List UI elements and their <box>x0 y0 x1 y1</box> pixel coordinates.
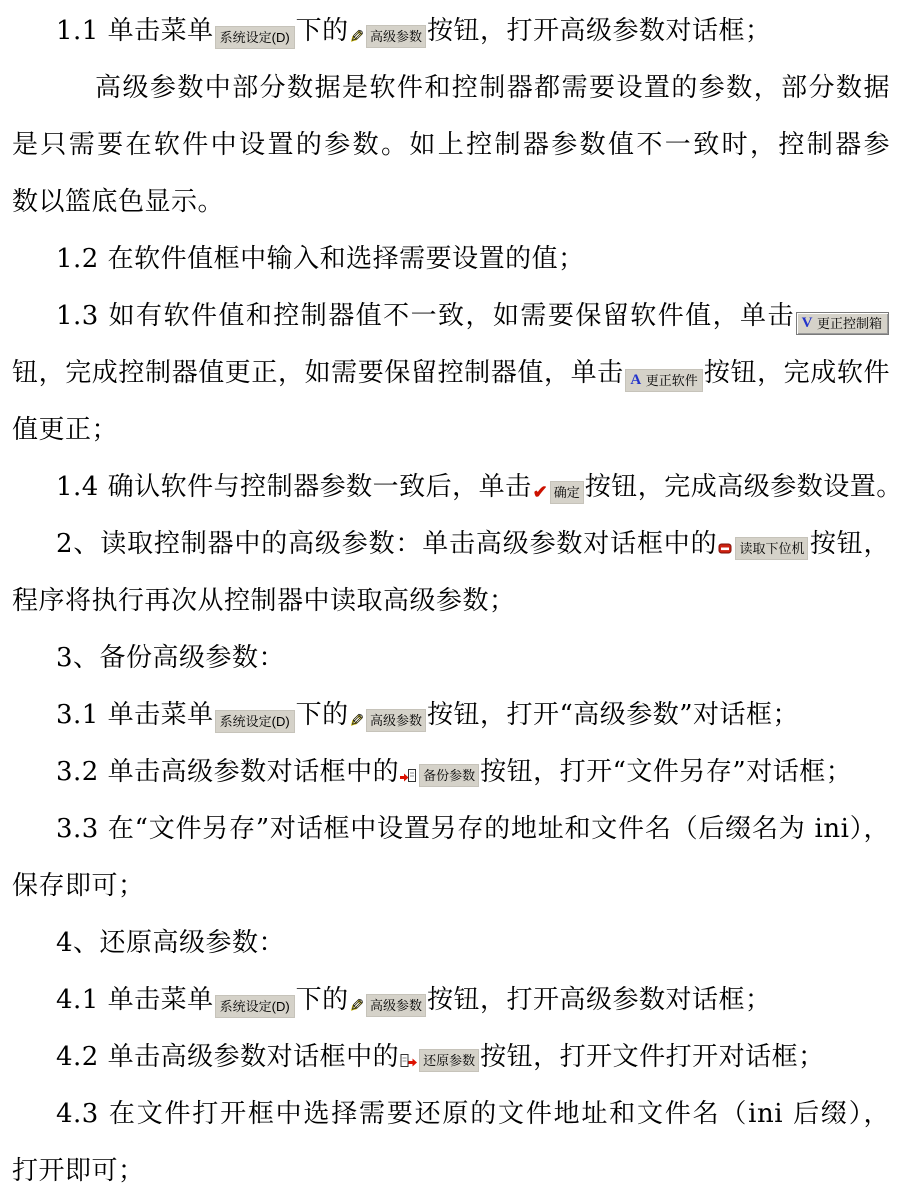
text-run: 值更正； <box>12 415 118 445</box>
text-line: 1.1 单击菜单系统设定(D)下的✎高级参数按钮，打开高级参数对话框； <box>0 3 890 60</box>
system-settings-menu[interactable]: 系统设定(D) <box>215 995 295 1018</box>
text-line: 高级参数中部分数据是软件和控制器都需要设置的参数，部分数据 <box>0 60 890 117</box>
text-run: 3.1 单击菜单 <box>56 700 214 730</box>
check-icon: ✔ <box>533 483 548 501</box>
text-run: 程序将执行再次从控制器中读取高级参数； <box>12 586 516 616</box>
text-run: 打开即可； <box>12 1156 145 1186</box>
text-line: 2、读取控制器中的高级参数：单击高级参数对话框中的读取下位机按钮， <box>0 516 890 573</box>
button-label: 读取下位机 <box>735 537 808 560</box>
text-run: 1.4 确认软件与控制器参数一致后，单击 <box>56 472 532 502</box>
advanced-params-button[interactable]: ✎高级参数 <box>350 25 426 48</box>
text-line: 3、备份高级参数： <box>0 630 890 687</box>
text-line: 打开即可； <box>0 1143 890 1200</box>
pen-icon: ✎ <box>350 28 364 45</box>
button-label: 还原参数 <box>419 1049 479 1072</box>
backup-icon <box>400 768 417 783</box>
update-controller-button[interactable]: V更正控制箱 <box>796 312 889 335</box>
button-label: 更正软件 <box>645 371 699 390</box>
button-label: 系统设定(D) <box>219 997 291 1016</box>
text-run: 4.3 在文件打开框中选择需要还原的文件地址和文件名（ini 后缀）， <box>56 1099 890 1129</box>
backup-params-button[interactable]: 备份参数 <box>400 764 479 787</box>
text-run: 下的 <box>296 985 349 1015</box>
text-run: 数以篮底色显示。 <box>12 187 224 217</box>
text-run: 3、备份高级参数： <box>56 643 285 673</box>
text-run: 按钮， <box>809 529 890 559</box>
button-label: 系统设定(D) <box>219 28 291 47</box>
text-run: 4.1 单击菜单 <box>56 985 214 1015</box>
text-run: 按钮，完成高级参数设置。 <box>585 472 900 502</box>
text-run: 1.2 在软件值框中输入和选择需要设置的值； <box>56 244 585 274</box>
button-label: 高级参数 <box>366 709 426 732</box>
text-line: 4、还原高级参数： <box>0 915 890 972</box>
read-lower-machine-button[interactable]: 读取下位机 <box>718 537 808 560</box>
text-line: 4.3 在文件打开框中选择需要还原的文件地址和文件名（ini 后缀）， <box>0 1086 890 1143</box>
text-run: 按钮，打开高级参数对话框； <box>427 16 772 46</box>
text-run: 4、还原高级参数： <box>56 928 285 958</box>
down-arrow-icon: V <box>800 316 814 331</box>
button-label: 高级参数 <box>366 25 426 48</box>
text-line: 钮，完成控制器值更正，如需要保留控制器值，单击A更正软件按钮，完成软件 <box>0 345 890 402</box>
ok-button[interactable]: ✔确定 <box>533 481 584 504</box>
text-line: 数以篮底色显示。 <box>0 174 890 231</box>
text-run: 钮，完成控制器值更正，如需要保留控制器值，单击 <box>12 358 624 388</box>
text-run: 下的 <box>296 700 349 730</box>
advanced-params-button[interactable]: ✎高级参数 <box>350 994 426 1017</box>
update-software-button[interactable]: A更正软件 <box>625 369 703 392</box>
up-arrow-icon: A <box>629 373 643 388</box>
text-line: 1.2 在软件值框中输入和选择需要设置的值； <box>0 231 890 288</box>
restore-params-button[interactable]: 还原参数 <box>400 1049 479 1072</box>
text-line: 是只需要在软件中设置的参数。如上控制器参数值不一致时，控制器参 <box>0 117 890 174</box>
restore-icon <box>400 1053 417 1068</box>
text-run: 是只需要在软件中设置的参数。如上控制器参数值不一致时，控制器参 <box>12 130 890 160</box>
text-line: 保存即可； <box>0 858 890 915</box>
system-settings-menu[interactable]: 系统设定(D) <box>215 710 295 733</box>
text-line: 4.2 单击高级参数对话框中的还原参数按钮，打开文件打开对话框； <box>0 1029 890 1086</box>
text-run: 1.3 如有软件值和控制器值不一致，如需要保留软件值，单击 <box>56 301 795 331</box>
button-label: 更正控制箱 <box>816 315 883 332</box>
text-run: 按钮，打开文件打开对话框； <box>480 1042 825 1072</box>
text-run: 3.3 在“文件另存”对话框中设置另存的地址和文件名（后缀名为 ini）， <box>56 814 890 844</box>
text-run: 保存即可； <box>12 871 145 901</box>
button-label: 高级参数 <box>366 994 426 1017</box>
text-line: 3.2 单击高级参数对话框中的备份参数按钮，打开“文件另存”对话框； <box>0 744 890 801</box>
button-label: 确定 <box>550 481 584 504</box>
text-line: 程序将执行再次从控制器中读取高级参数； <box>0 573 890 630</box>
text-run: 3.2 单击高级参数对话框中的 <box>56 757 399 787</box>
text-run: 1.1 单击菜单 <box>56 16 214 46</box>
advanced-params-button[interactable]: ✎高级参数 <box>350 709 426 732</box>
text-run: 4.2 单击高级参数对话框中的 <box>56 1042 399 1072</box>
text-line: 4.1 单击菜单系统设定(D)下的✎高级参数按钮，打开高级参数对话框； <box>0 972 890 1029</box>
pen-icon: ✎ <box>350 997 364 1014</box>
button-label: 备份参数 <box>419 764 479 787</box>
text-run: 下的 <box>296 16 349 46</box>
text-run: 按钮，完成软件 <box>704 358 890 388</box>
text-run: 高级参数中部分数据是软件和控制器都需要设置的参数，部分数据 <box>95 73 890 103</box>
text-line: 1.3 如有软件值和控制器值不一致，如需要保留软件值，单击V更正控制箱按 <box>0 288 890 345</box>
text-line: 1.4 确认软件与控制器参数一致后，单击✔确定按钮，完成高级参数设置。 <box>0 459 890 516</box>
button-label: 系统设定(D) <box>219 712 291 731</box>
system-settings-menu[interactable]: 系统设定(D) <box>215 26 295 49</box>
reader-icon <box>718 542 733 555</box>
document-page: 1.1 单击菜单系统设定(D)下的✎高级参数按钮，打开高级参数对话框；高级参数中… <box>0 0 900 1200</box>
text-run: 按钮，打开“高级参数”对话框； <box>427 700 799 730</box>
pen-icon: ✎ <box>350 712 364 729</box>
text-run: 按钮，打开高级参数对话框； <box>427 985 772 1015</box>
text-line: 3.1 单击菜单系统设定(D)下的✎高级参数按钮，打开“高级参数”对话框； <box>0 687 890 744</box>
text-line: 值更正； <box>0 402 890 459</box>
text-run: 2、读取控制器中的高级参数：单击高级参数对话框中的 <box>56 529 717 559</box>
text-line: 3.3 在“文件另存”对话框中设置另存的地址和文件名（后缀名为 ini）， <box>0 801 890 858</box>
text-run: 按钮，打开“文件另存”对话框； <box>480 757 852 787</box>
